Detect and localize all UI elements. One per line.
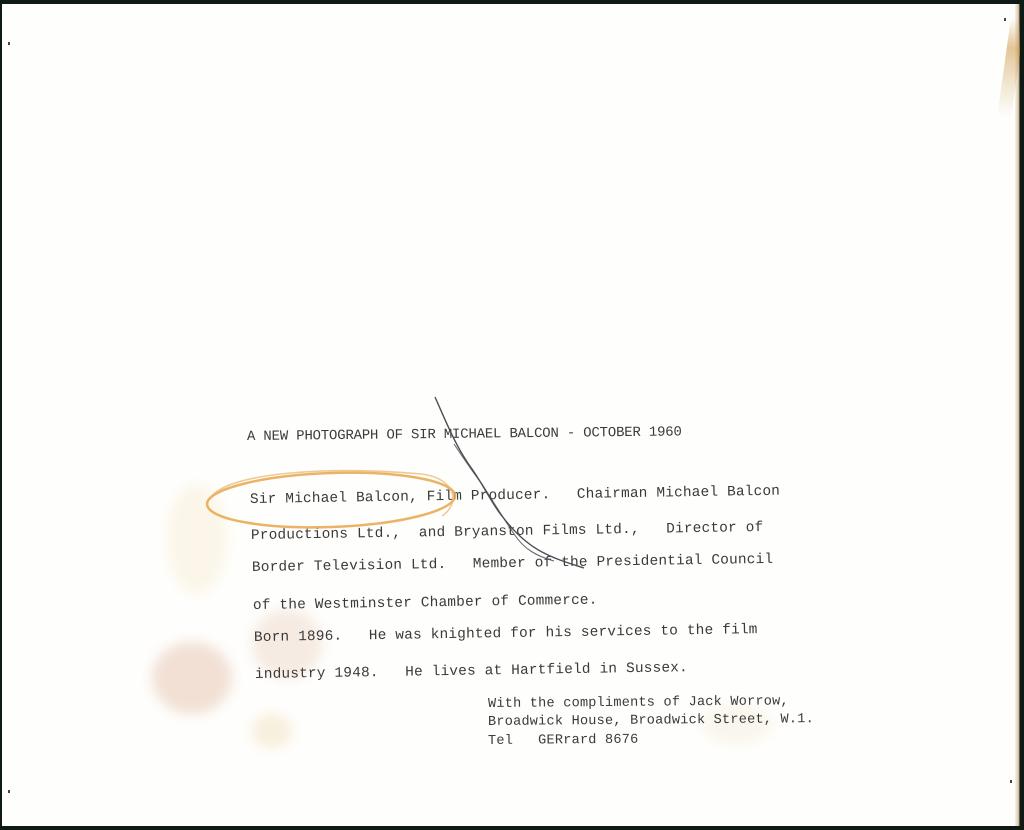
caption-headline: A NEW PHOTOGRAPH OF SIR MICHAEL BALCON -… (247, 424, 682, 445)
caption-line: Productions Ltd., and Bryanston Films Lt… (251, 520, 764, 544)
photo-back-sheet: A NEW PHOTOGRAPH OF SIR MICHAEL BALCON -… (2, 4, 1020, 826)
paper-stain (167, 484, 227, 594)
compliments-line: Broadwick House, Broadwick Street, W.1. (488, 711, 814, 732)
sheet-right-edge (1015, 4, 1020, 826)
pencil-stroke (435, 397, 584, 568)
paper-stain (152, 642, 232, 714)
paper-stain (252, 714, 292, 748)
speck (1010, 780, 1012, 783)
compliments-line: Tel GERrard 8676 (488, 732, 639, 751)
caption-line: industry 1948. He lives at Hartfield in … (255, 660, 688, 683)
caption-line: Born 1896. He was knighted for his servi… (254, 622, 758, 646)
speck (8, 42, 10, 45)
caption-line: Sir Michael Balcon, Film Producer. Chair… (250, 484, 780, 508)
caption-line: of the Westminster Chamber of Commerce. (253, 593, 598, 614)
speck (1004, 18, 1006, 21)
caption-line: Border Television Ltd. Member of the Pre… (252, 552, 773, 576)
speck (8, 790, 10, 793)
